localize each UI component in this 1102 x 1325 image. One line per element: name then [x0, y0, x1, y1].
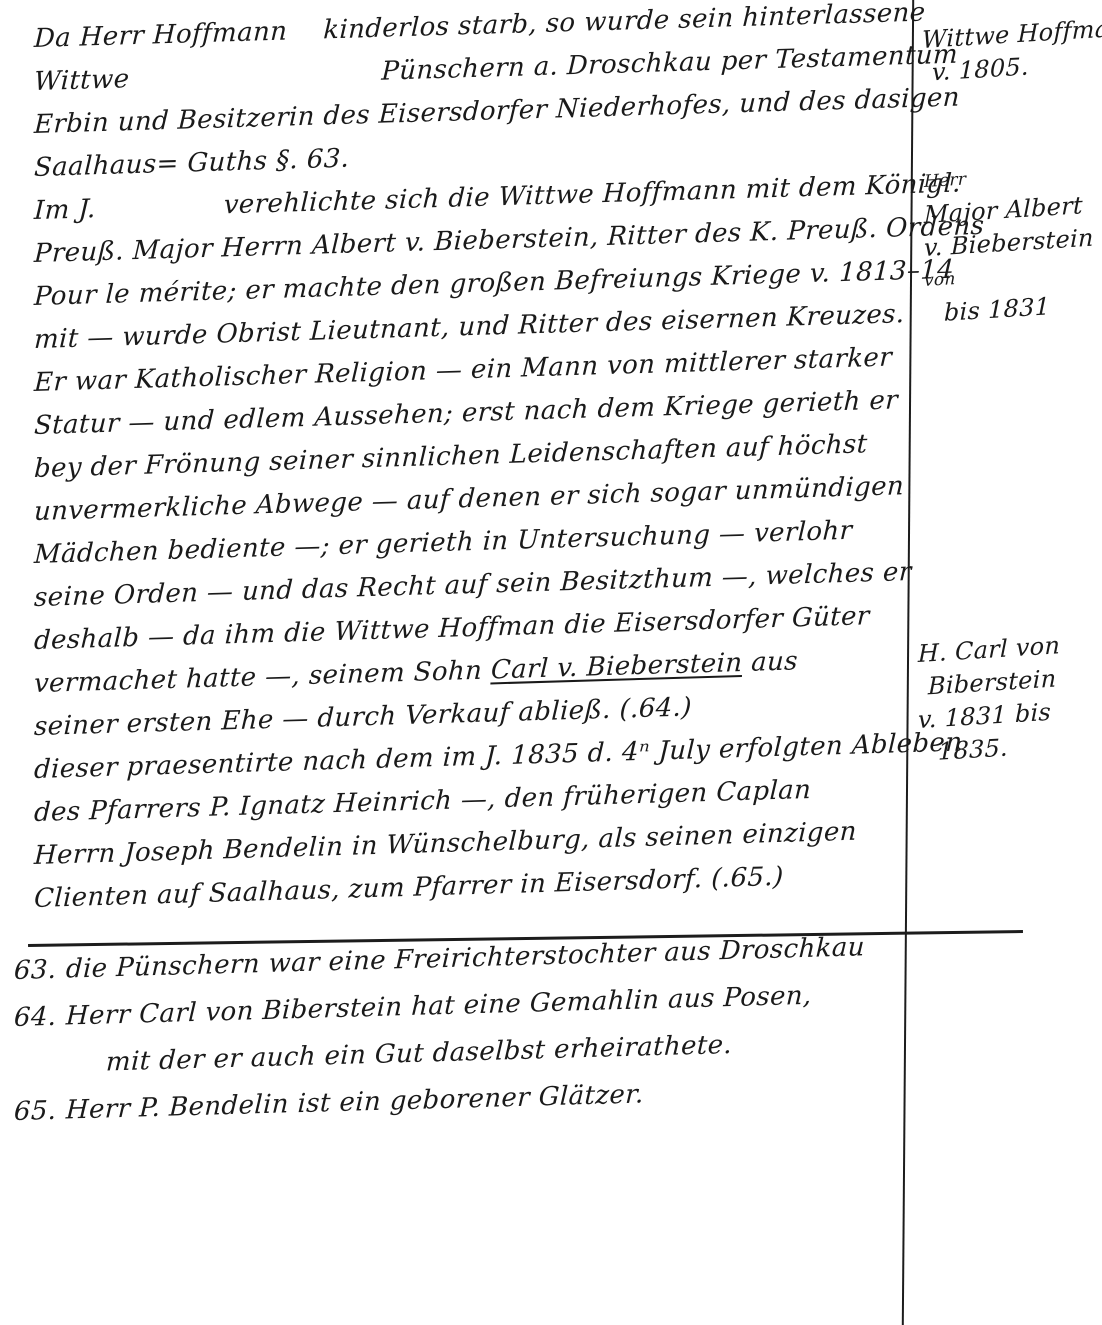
line-gap	[129, 80, 381, 87]
line-segment: Da Herr Hoffmann	[33, 16, 288, 54]
footnote-number: 64.	[13, 994, 67, 1043]
footnote-number: 65.	[13, 1088, 67, 1137]
underlined-name-carl-v-bieberstein: Carl v. Bieberstein	[490, 648, 743, 686]
line-gap	[287, 38, 323, 39]
line-segment: Im J.	[33, 194, 96, 226]
margin-note-carl-von-biberstein: H. Carl von Biberstein v. 1831 bis 1835.	[918, 638, 1060, 770]
margin-note-wittwe-hoffmann: Wittwe Hoffmann v. 1805.	[922, 24, 1102, 90]
margin-note-major-albert-v-bieberstein: Herr Major Albert v. Bieberstein von bis…	[924, 166, 1094, 331]
line-segment: Wittwe	[33, 64, 130, 97]
manuscript-page: Da Herr Hoffmannkinderlos starb, so wurd…	[0, 0, 1102, 1325]
line-segment: vermachet hatte —, seinem Sohn	[33, 655, 491, 699]
manuscript-body: Da Herr Hoffmannkinderlos starb, so wurd…	[34, 18, 914, 921]
footnotes-block: 63. die Pünschern war eine Freirichterst…	[14, 948, 894, 1136]
line-segment: aus	[742, 646, 799, 678]
footnote-number: 63.	[13, 947, 67, 996]
line-gap	[96, 213, 224, 217]
